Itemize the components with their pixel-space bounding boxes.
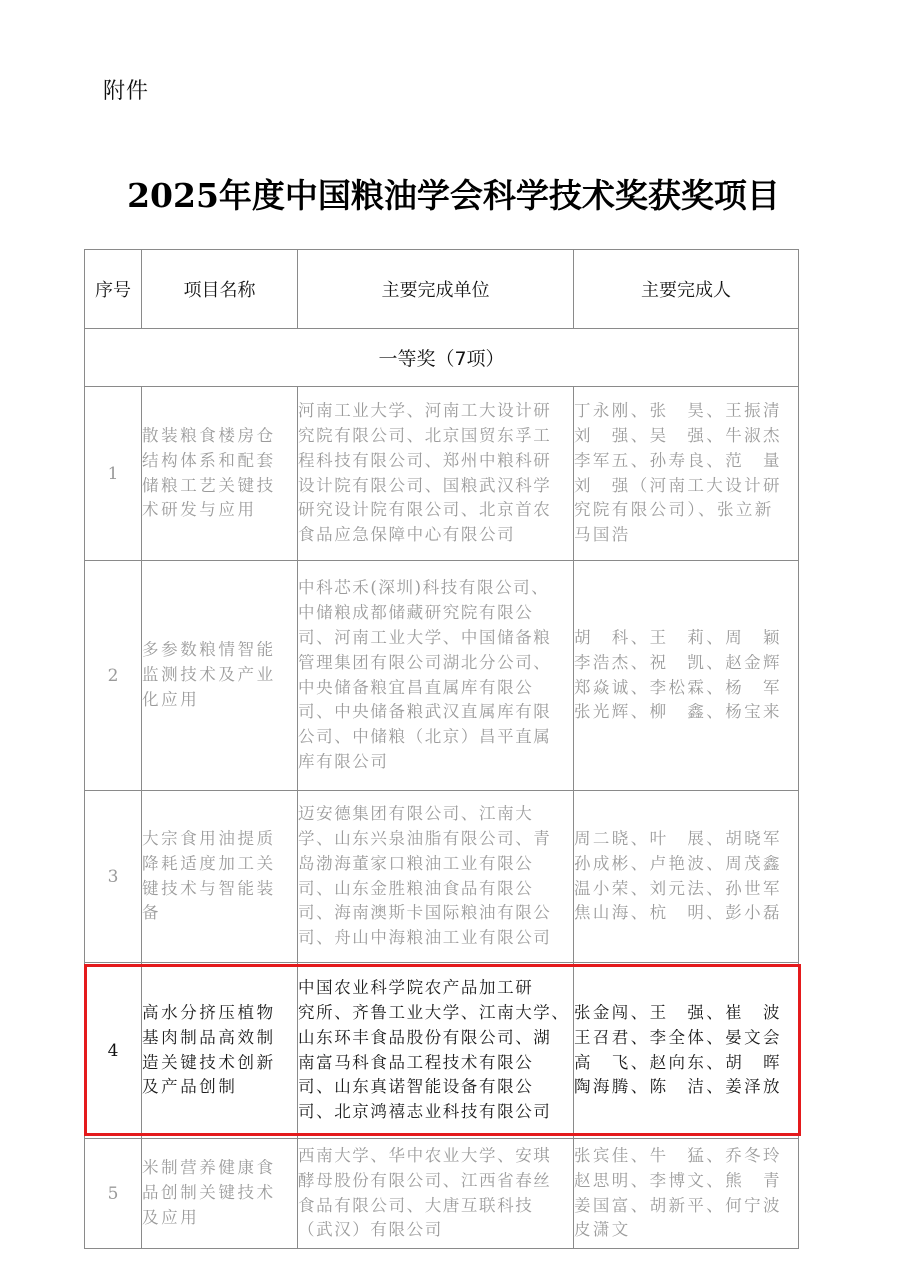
row-main-people: 丁永刚、张 昊、王振清刘 强、吴 强、牛淑杰李军五、孙寿良、范 量刘 强（河南工…: [574, 387, 799, 561]
main-units-line: 山东环丰食品股份有限公司、湖: [298, 1026, 573, 1051]
project-name-line: 降耗适度加工关: [142, 852, 297, 877]
main-units-line: （武汉）有限公司: [298, 1218, 573, 1243]
header-main-people: 主要完成人: [574, 250, 799, 329]
project-name-line: 基肉制品高效制: [142, 1026, 297, 1051]
project-name-line: 及应用: [142, 1206, 297, 1231]
row-main-units: 河南工业大学、河南工大设计研究院有限公司、北京国贸东孚工程科技有限公司、郑州中粮…: [298, 387, 574, 561]
main-units-line: 研究设计院有限公司、北京首农: [298, 498, 573, 523]
project-name-line: 及产品创制: [142, 1075, 297, 1100]
main-units-line: 岛渤海董家口粮油工业有限公: [298, 852, 573, 877]
row-project-name: 米制营养健康食品创制关键技术及应用: [142, 1139, 298, 1249]
main-people-line: 马国浩: [574, 523, 798, 548]
project-name-line: 化应用: [142, 688, 297, 713]
table-row: 4高水分挤压植物基肉制品高效制造关键技术创新及产品创制中国农业科学院农产品加工研…: [85, 963, 799, 1139]
main-units-line: 迈安德集团有限公司、江南大: [298, 802, 573, 827]
row-main-people: 张宾佳、牛 猛、乔冬玲赵思明、李博文、熊 青姜国富、胡新平、何宁波皮潇文: [574, 1139, 799, 1249]
main-units-line: 中科芯禾(深圳)科技有限公司、: [298, 576, 573, 601]
main-units-line: 公司、中储粮（北京）昌平直属: [298, 725, 573, 750]
project-name-line: 米制营养健康食: [142, 1156, 297, 1181]
row-main-people: 胡 科、王 莉、周 颖李浩杰、祝 凯、赵金辉郑焱诚、李松霖、杨 军张光辉、柳 鑫…: [574, 561, 799, 791]
row-main-people: 张金闯、王 强、崔 波王召君、李全体、晏文会高 飞、赵向东、胡 晖陶海腾、陈 洁…: [574, 963, 799, 1139]
main-units-line: 司、海南澳斯卡国际粮油有限公: [298, 901, 573, 926]
main-people-line: 高 飞、赵向东、胡 晖: [574, 1051, 798, 1076]
main-units-line: 司、舟山中海粮油工业有限公司: [298, 926, 573, 951]
main-units-line: 南富马科食品工程技术有限公: [298, 1051, 573, 1076]
project-name-line: 散装粮食楼房仓: [142, 424, 297, 449]
main-people-line: 刘 强（河南工大设计研: [574, 474, 798, 499]
category-label: 一等奖（7项）: [85, 329, 799, 387]
main-people-line: 张宾佳、牛 猛、乔冬玲: [574, 1144, 798, 1169]
project-name-line: 造关键技术创新: [142, 1051, 297, 1076]
main-people-line: 王召君、李全体、晏文会: [574, 1026, 798, 1051]
table-row: 1散装粮食楼房仓结构体系和配套储粮工艺关键技术研发与应用河南工业大学、河南工大设…: [85, 387, 799, 561]
row-main-units: 中国农业科学院农产品加工研究所、齐鲁工业大学、江南大学、山东环丰食品股份有限公司…: [298, 963, 574, 1139]
table-row: 2多参数粮情智能监测技术及产业化应用中科芯禾(深圳)科技有限公司、中储粮成都储藏…: [85, 561, 799, 791]
header-seq: 序号: [85, 250, 142, 329]
main-people-line: 张光辉、柳 鑫、杨宝来: [574, 700, 798, 725]
row-seq: 4: [85, 963, 142, 1139]
main-units-line: 河南工业大学、河南工大设计研: [298, 399, 573, 424]
main-people-line: 刘 强、吴 强、牛淑杰: [574, 424, 798, 449]
category-row: 一等奖（7项）: [85, 329, 799, 387]
main-units-line: 中国农业科学院农产品加工研: [298, 976, 573, 1001]
main-units-line: 中储粮成都储藏研究院有限公: [298, 601, 573, 626]
main-units-line: 究所、齐鲁工业大学、江南大学、: [298, 1001, 573, 1026]
main-people-line: 孙成彬、卢艳波、周茂鑫: [574, 852, 798, 877]
table-row: 5米制营养健康食品创制关键技术及应用西南大学、华中农业大学、安琪酵母股份有限公司…: [85, 1139, 799, 1249]
main-units-line: 司、北京鸿禧志业科技有限公司: [298, 1100, 573, 1125]
main-people-line: 温小荣、刘元法、孙世军: [574, 877, 798, 902]
main-units-line: 设计院有限公司、国粮武汉科学: [298, 474, 573, 499]
project-name-line: 备: [142, 901, 297, 926]
row-main-people: 周二晓、叶 展、胡晓军孙成彬、卢艳波、周茂鑫温小荣、刘元法、孙世军焦山海、杭 明…: [574, 791, 799, 963]
main-people-line: 陶海腾、陈 洁、姜泽放: [574, 1075, 798, 1100]
row-seq: 1: [85, 387, 142, 561]
attachment-label: 附件: [103, 74, 149, 105]
project-name-line: 品创制关键技术: [142, 1181, 297, 1206]
main-people-line: 李浩杰、祝 凯、赵金辉: [574, 651, 798, 676]
main-units-line: 司、山东真诺智能设备有限公: [298, 1075, 573, 1100]
main-units-line: 食品有限公司、大唐互联科技: [298, 1194, 573, 1219]
main-people-line: 丁永刚、张 昊、王振清: [574, 399, 798, 424]
row-project-name: 多参数粮情智能监测技术及产业化应用: [142, 561, 298, 791]
table-header-row: 序号 项目名称 主要完成单位 主要完成人: [85, 250, 799, 329]
row-seq: 2: [85, 561, 142, 791]
main-people-line: 赵思明、李博文、熊 青: [574, 1169, 798, 1194]
row-main-units: 西南大学、华中农业大学、安琪酵母股份有限公司、江西省春丝食品有限公司、大唐互联科…: [298, 1139, 574, 1249]
project-name-line: 大宗食用油提质: [142, 827, 297, 852]
project-name-line: 监测技术及产业: [142, 663, 297, 688]
main-units-line: 酵母股份有限公司、江西省春丝: [298, 1169, 573, 1194]
project-name-line: 储粮工艺关键技: [142, 474, 297, 499]
project-name-line: 高水分挤压植物: [142, 1001, 297, 1026]
main-units-line: 西南大学、华中农业大学、安琪: [298, 1144, 573, 1169]
main-people-line: 姜国富、胡新平、何宁波: [574, 1194, 798, 1219]
main-units-line: 学、山东兴泉油脂有限公司、青: [298, 827, 573, 852]
main-people-line: 李军五、孙寿良、范 量: [574, 449, 798, 474]
row-seq: 5: [85, 1139, 142, 1249]
document-title: 2025年度中国粮油学会科学技术奖获奖项目: [0, 170, 907, 217]
main-people-line: 胡 科、王 莉、周 颖: [574, 626, 798, 651]
project-name-line: 结构体系和配套: [142, 449, 297, 474]
main-units-line: 库有限公司: [298, 750, 573, 775]
row-project-name: 散装粮食楼房仓结构体系和配套储粮工艺关键技术研发与应用: [142, 387, 298, 561]
main-units-line: 管理集团有限公司湖北分公司、: [298, 651, 573, 676]
main-units-line: 程科技有限公司、郑州中粮科研: [298, 449, 573, 474]
main-units-line: 食品应急保障中心有限公司: [298, 523, 573, 548]
main-people-line: 张金闯、王 强、崔 波: [574, 1001, 798, 1026]
project-name-line: 术研发与应用: [142, 498, 297, 523]
table-row: 3大宗食用油提质降耗适度加工关键技术与智能装备迈安德集团有限公司、江南大学、山东…: [85, 791, 799, 963]
project-name-line: 键技术与智能装: [142, 877, 297, 902]
main-units-line: 司、河南工业大学、中国储备粮: [298, 626, 573, 651]
main-units-line: 中央储备粮宜昌直属库有限公: [298, 676, 573, 701]
row-seq: 3: [85, 791, 142, 963]
awards-table: 序号 项目名称 主要完成单位 主要完成人 一等奖（7项） 1散装粮食楼房仓结构体…: [84, 249, 799, 1249]
main-people-line: 郑焱诚、李松霖、杨 军: [574, 676, 798, 701]
header-project-name: 项目名称: [142, 250, 298, 329]
main-units-line: 究院有限公司、北京国贸东孚工: [298, 424, 573, 449]
main-people-line: 究院有限公司）、张立新: [574, 498, 798, 523]
row-main-units: 中科芯禾(深圳)科技有限公司、中储粮成都储藏研究院有限公司、河南工业大学、中国储…: [298, 561, 574, 791]
header-main-units: 主要完成单位: [298, 250, 574, 329]
row-project-name: 大宗食用油提质降耗适度加工关键技术与智能装备: [142, 791, 298, 963]
main-people-line: 焦山海、杭 明、彭小磊: [574, 901, 798, 926]
main-units-line: 司、中央储备粮武汉直属库有限: [298, 700, 573, 725]
main-units-line: 司、山东金胜粮油食品有限公: [298, 877, 573, 902]
main-people-line: 周二晓、叶 展、胡晓军: [574, 827, 798, 852]
row-main-units: 迈安德集团有限公司、江南大学、山东兴泉油脂有限公司、青岛渤海董家口粮油工业有限公…: [298, 791, 574, 963]
project-name-line: 多参数粮情智能: [142, 638, 297, 663]
main-people-line: 皮潇文: [574, 1218, 798, 1243]
row-project-name: 高水分挤压植物基肉制品高效制造关键技术创新及产品创制: [142, 963, 298, 1139]
